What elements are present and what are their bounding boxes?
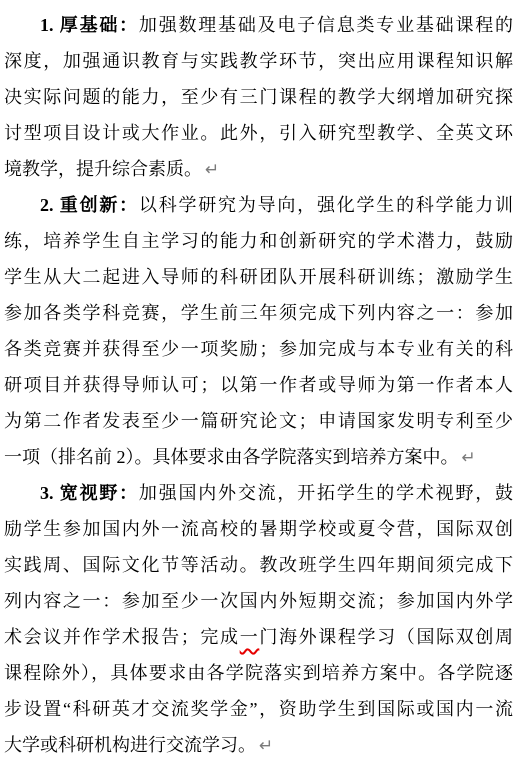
text-line: 课程除外），具体要求由各学院落实到培养方案中。各学院逐 <box>4 655 513 691</box>
paragraph-1: 1. 厚基础：加强数理基础及电子信息类专业基础课程的 深度，加强通识教育与实践教… <box>4 7 513 187</box>
text-run: 加强数理基础及电子信息类专业基础课程的 <box>139 15 513 35</box>
text-run: 列内容之一：参加至少一次国内外短期交流；参加国内外学 <box>4 591 513 611</box>
text-line: 参加各类学科竞赛，学生前三年须完成下列内容之一：参加 <box>4 295 513 331</box>
paragraph-heading-run: 2. 重创新： <box>40 195 139 215</box>
paragraph-heading-run: 1. 厚基础： <box>40 15 139 35</box>
text-run: 参加各类学科竞赛，学生前三年须完成下列内容之一：参加 <box>4 303 513 323</box>
text-line: 步设置“科研英才交流奖学金”，资助学生到国际或国内一流 <box>4 691 513 727</box>
text-run: 以科学研究为导向，强化学生的科学能力训 <box>139 195 513 215</box>
text-line: 深度，加强通识教育与实践教学环节，突出应用课程知识解 <box>4 43 513 79</box>
text-run: 深度，加强通识教育与实践教学环节，突出应用课程知识解 <box>4 51 513 71</box>
paragraph-mark-icon: ↵ <box>202 160 219 180</box>
text-line: 一项（排名前 2）。具体要求由各学院落实到培养方案中。↵ <box>4 439 513 475</box>
text-run: 学生从大二起进入导师的科研团队开展科研训练；激励学生 <box>4 267 513 287</box>
paragraph-3: 3. 宽视野：加强国内外交流，开拓学生的学术视野，鼓 励学生参加国内外一流高校的… <box>4 475 513 763</box>
text-run: 步设置“科研英才交流奖学金”，资助学生到国际或国内一流 <box>4 699 513 719</box>
text-line: 各类竞赛并获得至少一项奖励；参加完成与本专业有关的科 <box>4 331 513 367</box>
text-line: 练，培养学生自主学习的能力和创新研究的学术潜力，鼓励 <box>4 223 513 259</box>
text-line: 3. 宽视野：加强国内外交流，开拓学生的学术视野，鼓 <box>4 475 513 511</box>
text-line: 为第二作者发表至少一篇研究论文；申请国家发明专利至少 <box>4 403 513 439</box>
text-run: 励学生参加国内外一流高校的暑期学校或夏令营，国际双创 <box>4 519 513 539</box>
paragraph-mark-icon: ↵ <box>459 448 476 468</box>
text-line: 讨型项目设计或大作业。此外，引入研究型教学、全英文环 <box>4 115 513 151</box>
paragraph-heading-run: 3. 宽视野： <box>40 483 139 503</box>
text-run: 研项目并获得导师认可；以第一作者或导师为第一作者本人 <box>4 375 513 395</box>
text-line: 学生从大二起进入导师的科研团队开展科研训练；激励学生 <box>4 259 513 295</box>
text-line: 2. 重创新：以科学研究为导向，强化学生的科学能力训 <box>4 187 513 223</box>
text-run: 一项（排名前 2）。具体要求由各学院落实到培养方案中。 <box>4 447 459 467</box>
text-line: 大学或科研机构进行交流学习。↵ <box>4 727 513 763</box>
text-run: 各类竞赛并获得至少一项奖励；参加完成与本专业有关的科 <box>4 339 513 359</box>
text-line: 1. 厚基础：加强数理基础及电子信息类专业基础课程的 <box>4 7 513 43</box>
text-line: 术会议并作学术报告；完成一门海外课程学习（国际双创周 <box>4 619 513 655</box>
text-run: 大学或科研机构进行交流学习。 <box>4 735 256 755</box>
paragraph-mark-icon: ↵ <box>256 736 273 756</box>
paragraph-2: 2. 重创新：以科学研究为导向，强化学生的科学能力训 练，培养学生自主学习的能力… <box>4 187 513 475</box>
text-run: 决实际问题的能力，至少有三门课程的教学大纲增加研究探 <box>4 87 513 107</box>
text-run: 课程除外），具体要求由各学院落实到培养方案中。各学院逐 <box>4 663 513 683</box>
text-run: 实践周、国际文化节等活动。教改班学生四年期间须完成下 <box>4 555 513 575</box>
text-line: 励学生参加国内外一流高校的暑期学校或夏令营，国际双创 <box>4 511 513 547</box>
text-run: 加强国内外交流，开拓学生的学术视野，鼓 <box>139 483 513 503</box>
text-run: 门海外课程学习（国际双创周 <box>259 627 513 647</box>
text-line: 实践周、国际文化节等活动。教改班学生四年期间须完成下 <box>4 547 513 583</box>
text-line: 决实际问题的能力，至少有三门课程的教学大纲增加研究探 <box>4 79 513 115</box>
text-line: 列内容之一：参加至少一次国内外短期交流；参加国内外学 <box>4 583 513 619</box>
text-run: 术会议并作学术报告；完成 <box>4 627 240 647</box>
text-run: 练，培养学生自主学习的能力和创新研究的学术潜力，鼓励 <box>4 231 513 251</box>
text-run: 讨型项目设计或大作业。此外，引入研究型教学、全英文环 <box>4 123 513 143</box>
document-page: 1. 厚基础：加强数理基础及电子信息类专业基础课程的 深度，加强通识教育与实践教… <box>0 0 519 783</box>
text-run: 为第二作者发表至少一篇研究论文；申请国家发明专利至少 <box>4 411 513 431</box>
spellcheck-squiggle-text: 一 <box>240 627 260 647</box>
text-run: 境教学，提升综合素质。 <box>4 159 202 179</box>
text-line: 研项目并获得导师认可；以第一作者或导师为第一作者本人 <box>4 367 513 403</box>
text-line: 境教学，提升综合素质。↵ <box>4 151 513 187</box>
